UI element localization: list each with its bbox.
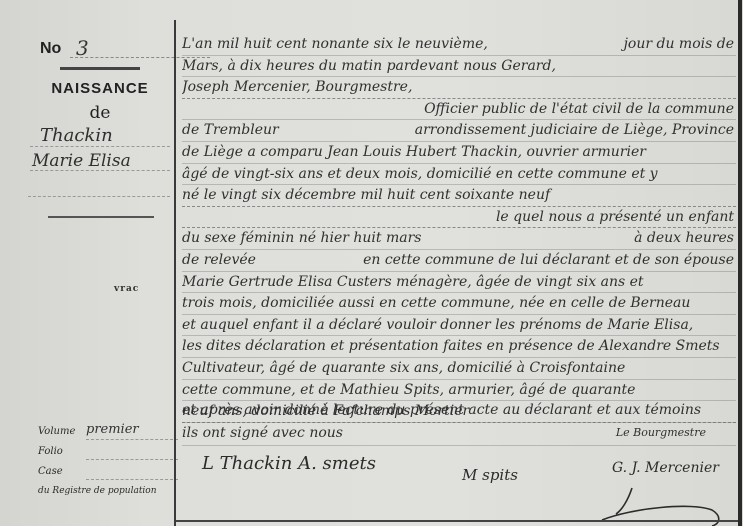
dotted-line [30, 146, 170, 147]
folio-row: Folio [38, 444, 178, 464]
dotted-line [30, 170, 170, 171]
signatures: L Thackin A. smets M spits G. J. Merceni… [182, 450, 736, 526]
birth-record-page: No 3 NAISSANCE de Thackin Marie Elisa vr… [0, 0, 743, 526]
divider [60, 67, 140, 70]
volume-label: Volume [38, 426, 75, 437]
act-line: du sexe féminin né hier huit marsà deux … [182, 228, 736, 250]
closing-line: et après avoir donné lecture du présent … [182, 400, 736, 423]
act-line: le quel nous a présenté un enfant [182, 207, 736, 229]
act-line: de Trembleurarrondissement judiciaire de… [182, 120, 736, 142]
act-line: Joseph Mercenier, Bourgmestre, [182, 77, 736, 99]
dotted-line [86, 439, 178, 440]
dotted-line [28, 196, 170, 197]
act-line: cette commune, et de Mathieu Spits, armu… [182, 380, 736, 402]
act-body: L'an mil huit cent nonante six le neuviè… [182, 34, 736, 423]
child-surname: Thackin [40, 125, 113, 146]
dotted-line [86, 479, 178, 480]
act-line: L'an mil huit cent nonante six le neuviè… [182, 34, 736, 56]
child-given-names: Marie Elisa [32, 151, 131, 171]
volume-row: Volume premier [38, 424, 178, 444]
act-line: Marie Gertrude Elisa Custers ménagère, â… [182, 272, 736, 294]
volume-value: premier [86, 422, 139, 437]
act-line: Cultivateur, âgé de quarante six ans, do… [182, 358, 736, 380]
dotted-line [86, 459, 178, 460]
act-line: de relevéeen cette commune de lui déclar… [182, 250, 736, 272]
act-number-label: No [40, 40, 61, 58]
folio-label: Folio [38, 446, 63, 457]
act-line: né le vingt six décembre mil huit cent s… [182, 185, 736, 207]
case-label: Case [38, 466, 63, 477]
act-line: de Liège a comparu Jean Louis Hubert Tha… [182, 142, 736, 164]
act-closing: et après avoir donné lecture du présent … [182, 400, 736, 446]
act-line: les dites déclaration et présentation fa… [182, 336, 736, 358]
act-line: trois mois, domiciliée aussi en cette co… [182, 293, 736, 315]
margin-column: No 3 NAISSANCE de Thackin Marie Elisa vr… [0, 0, 174, 526]
divider [176, 520, 738, 522]
stamp-mark: vrac [114, 284, 139, 294]
record-title-de: de [30, 103, 170, 123]
signature-declarant-witness: L Thackin A. smets [202, 453, 376, 474]
act-line: Officier public de l'état civil de la co… [182, 99, 736, 121]
act-line: Mars, à dix heures du matin pardevant no… [182, 56, 736, 78]
register-block: Volume premier Folio Case du Registre de… [38, 424, 178, 484]
closing-line: ils ont signé avec nousLe Bourgmestre [182, 423, 736, 446]
act-line: âgé de vingt-six ans et deux mois, domic… [182, 164, 736, 186]
case-row: Case [38, 464, 178, 484]
act-line: et auquel enfant il a déclaré vouloir do… [182, 315, 736, 337]
population-register-label: du Registre de population [38, 486, 157, 496]
record-title: NAISSANCE [30, 80, 170, 97]
signature-witness: M spits [462, 466, 518, 484]
column-divider [174, 20, 176, 526]
divider [48, 216, 154, 218]
page-edge [738, 0, 742, 526]
act-number: No 3 [40, 40, 170, 60]
signature-mayor: G. J. Mercenier [612, 460, 719, 476]
